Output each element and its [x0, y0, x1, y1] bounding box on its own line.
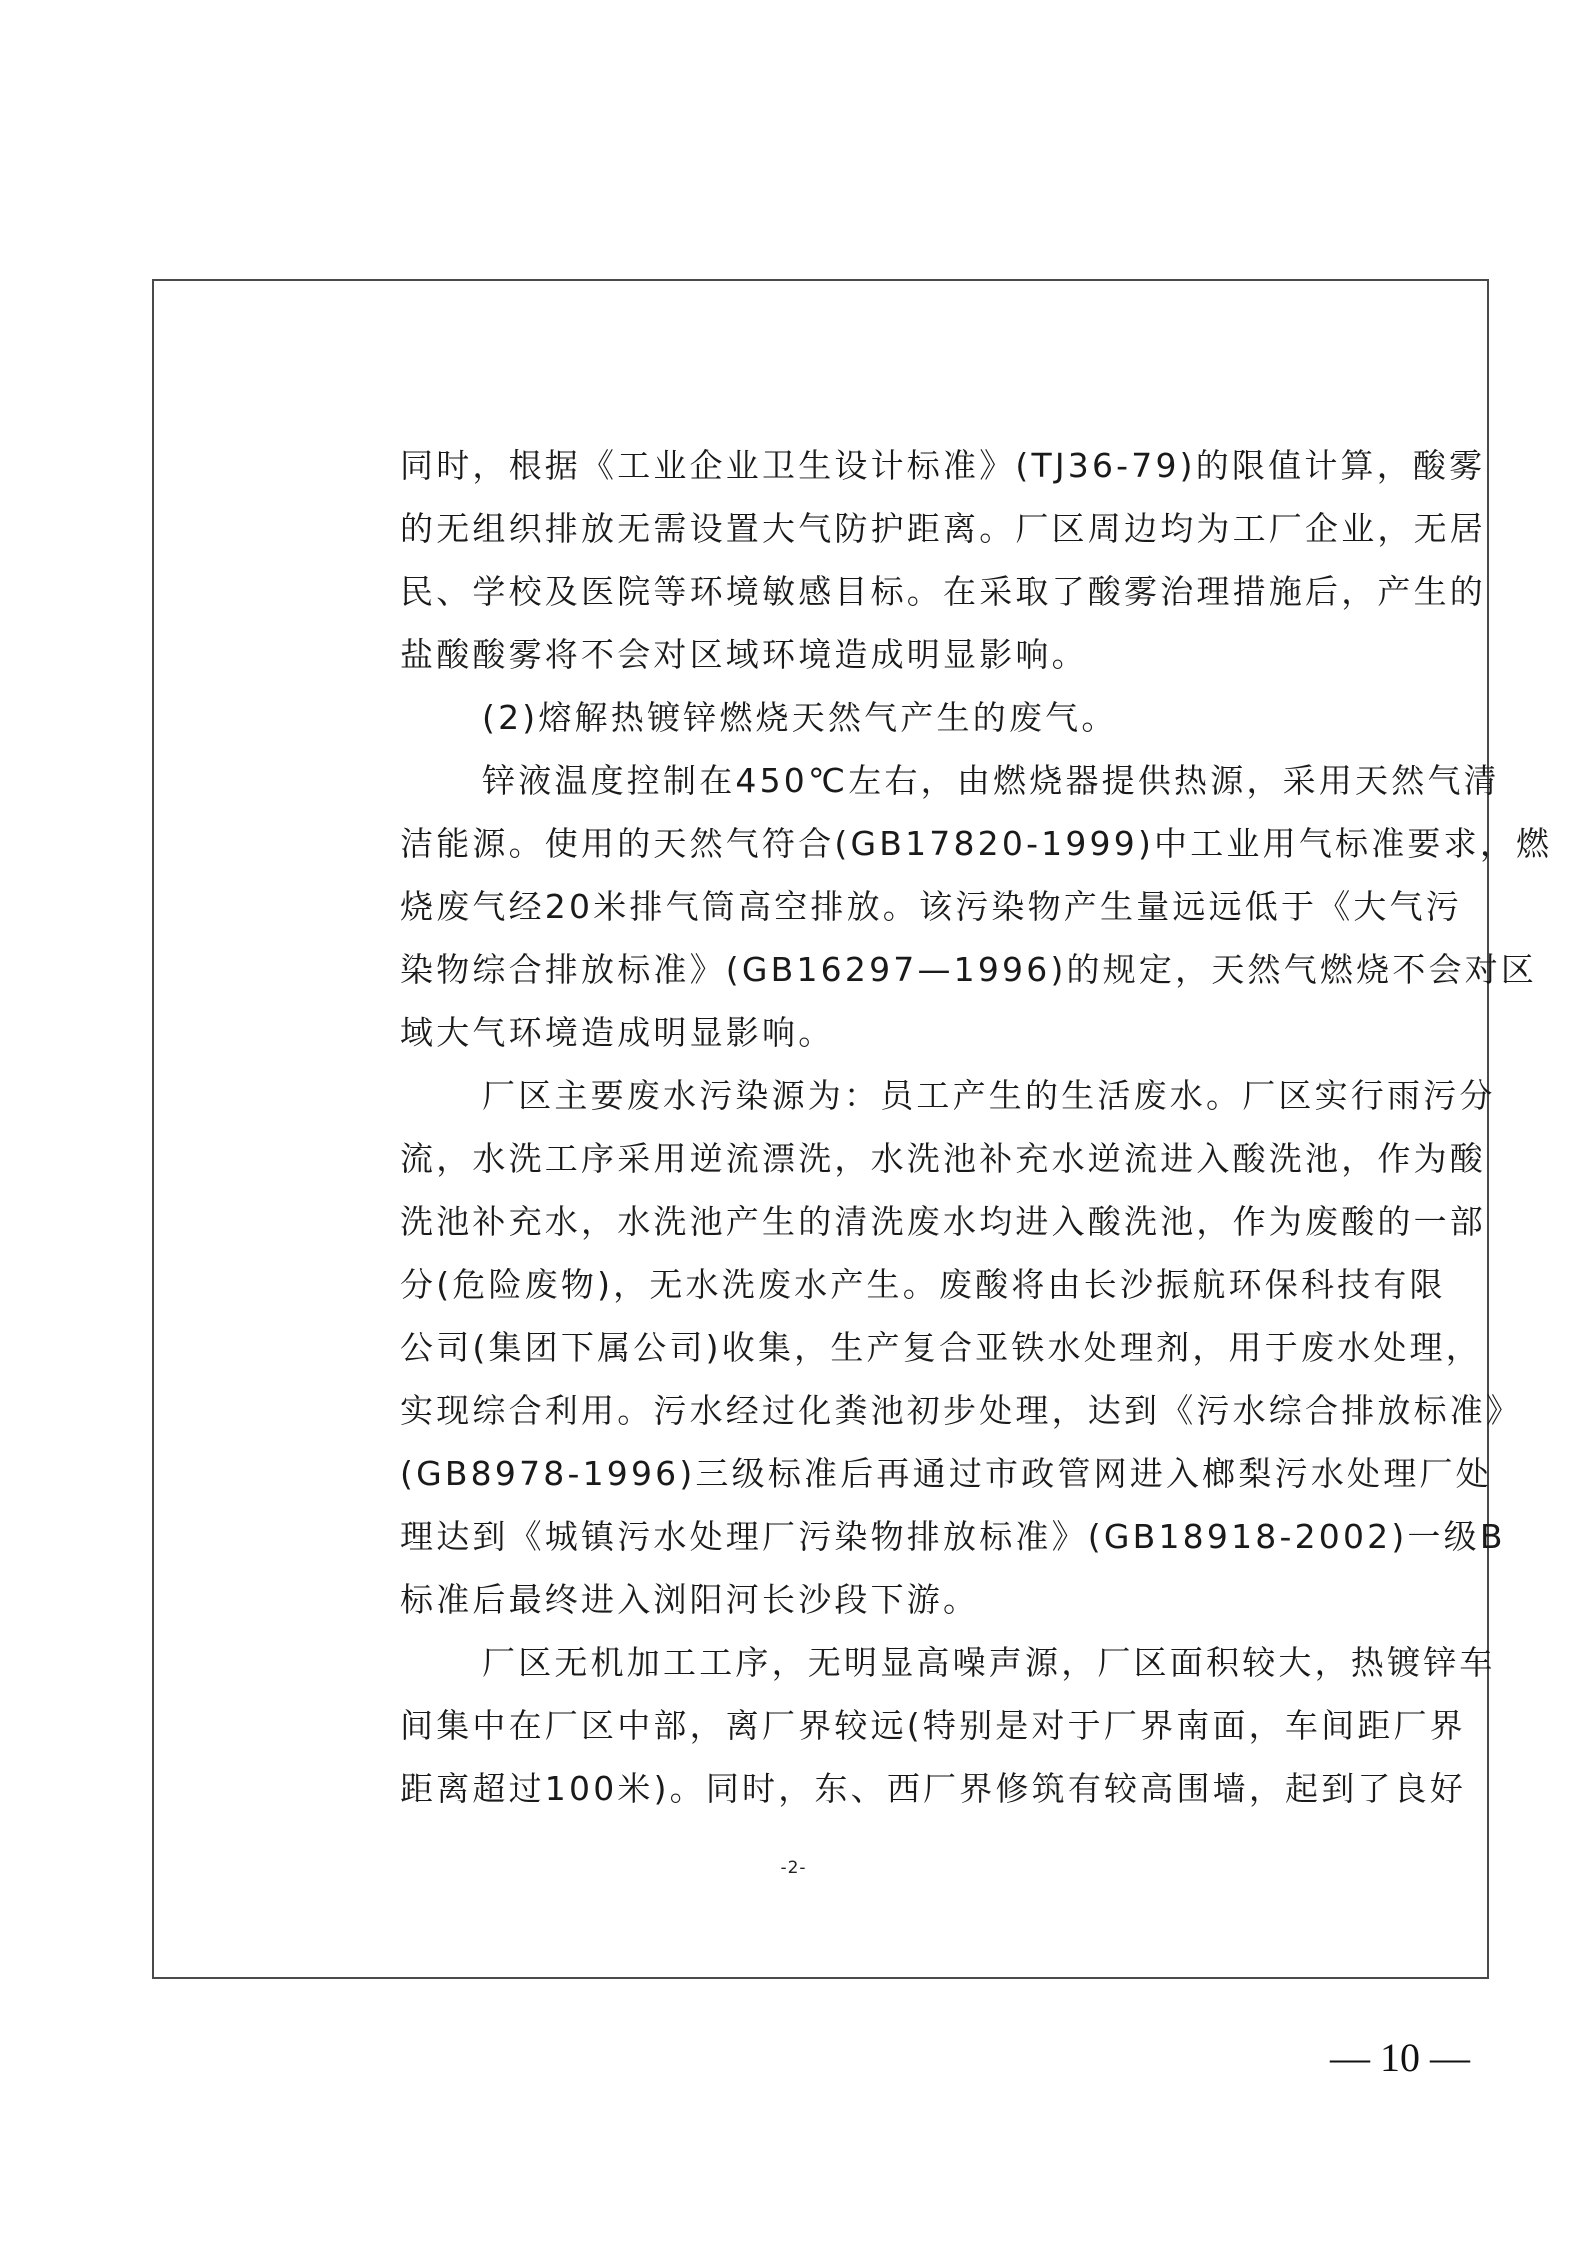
- text-line: 盐酸酸雾将不会对区域环境造成明显影响。: [400, 627, 1260, 690]
- text-line: 烧废气经20米排气筒高空排放。该污染物产生量远远低于《大气污: [400, 879, 1260, 942]
- text-line: 实现综合利用。污水经过化粪池初步处理，达到《污水综合排放标准》: [400, 1383, 1260, 1446]
- text-line: 公司(集团下属公司)收集，生产复合亚铁水处理剂，用于废水处理，: [400, 1320, 1260, 1383]
- text-line: 厂区无机加工工序，无明显高噪声源，厂区面积较大，热镀锌车: [400, 1635, 1260, 1698]
- text-line: 域大气环境造成明显影响。: [400, 1005, 1260, 1068]
- section-heading: (2)熔解热镀锌燃烧天然气产生的废气。: [400, 690, 1260, 753]
- body-text: 同时，根据《工业企业卫生设计标准》(TJ36-79)的限值计算，酸雾 的无组织排…: [400, 438, 1260, 1824]
- text-line: 分(危险废物)，无水洗废水产生。废酸将由长沙振航环保科技有限: [400, 1257, 1260, 1320]
- text-line: 理达到《城镇污水处理厂污染物排放标准》(GB18918-2002)一级B: [400, 1509, 1260, 1572]
- text-line: (GB8978-1996)三级标准后再通过市政管网进入榔梨污水处理厂处: [400, 1446, 1260, 1509]
- inner-page-number: -2-: [0, 1858, 1587, 1878]
- text-line: 厂区主要废水污染源为：员工产生的生活废水。厂区实行雨污分: [400, 1068, 1260, 1131]
- text-line: 间集中在厂区中部，离厂界较远(特别是对于厂界南面，车间距厂界: [400, 1698, 1260, 1761]
- text-line: 距离超过100米)。同时，东、西厂界修筑有较高围墙，起到了良好: [400, 1761, 1260, 1824]
- text-line: 民、学校及医院等环境敏感目标。在采取了酸雾治理措施后，产生的: [400, 564, 1260, 627]
- text-line: 标准后最终进入浏阳河长沙段下游。: [400, 1572, 1260, 1635]
- text-line: 染物综合排放标准》(GB16297—1996)的规定，天然气燃烧不会对区: [400, 942, 1260, 1005]
- text-line: 洗池补充水，水洗池产生的清洗废水均进入酸洗池，作为废酸的一部: [400, 1194, 1260, 1257]
- outer-page-number: — 10 —: [1330, 2034, 1470, 2081]
- text-line: 锌液温度控制在450℃左右，由燃烧器提供热源，采用天然气清: [400, 753, 1260, 816]
- text-line: 同时，根据《工业企业卫生设计标准》(TJ36-79)的限值计算，酸雾: [400, 438, 1260, 501]
- text-line: 流，水洗工序采用逆流漂洗，水洗池补充水逆流进入酸洗池，作为酸: [400, 1131, 1260, 1194]
- text-line: 洁能源。使用的天然气符合(GB17820-1999)中工业用气标准要求，燃: [400, 816, 1260, 879]
- text-line: 的无组织排放无需设置大气防护距离。厂区周边均为工厂企业，无居: [400, 501, 1260, 564]
